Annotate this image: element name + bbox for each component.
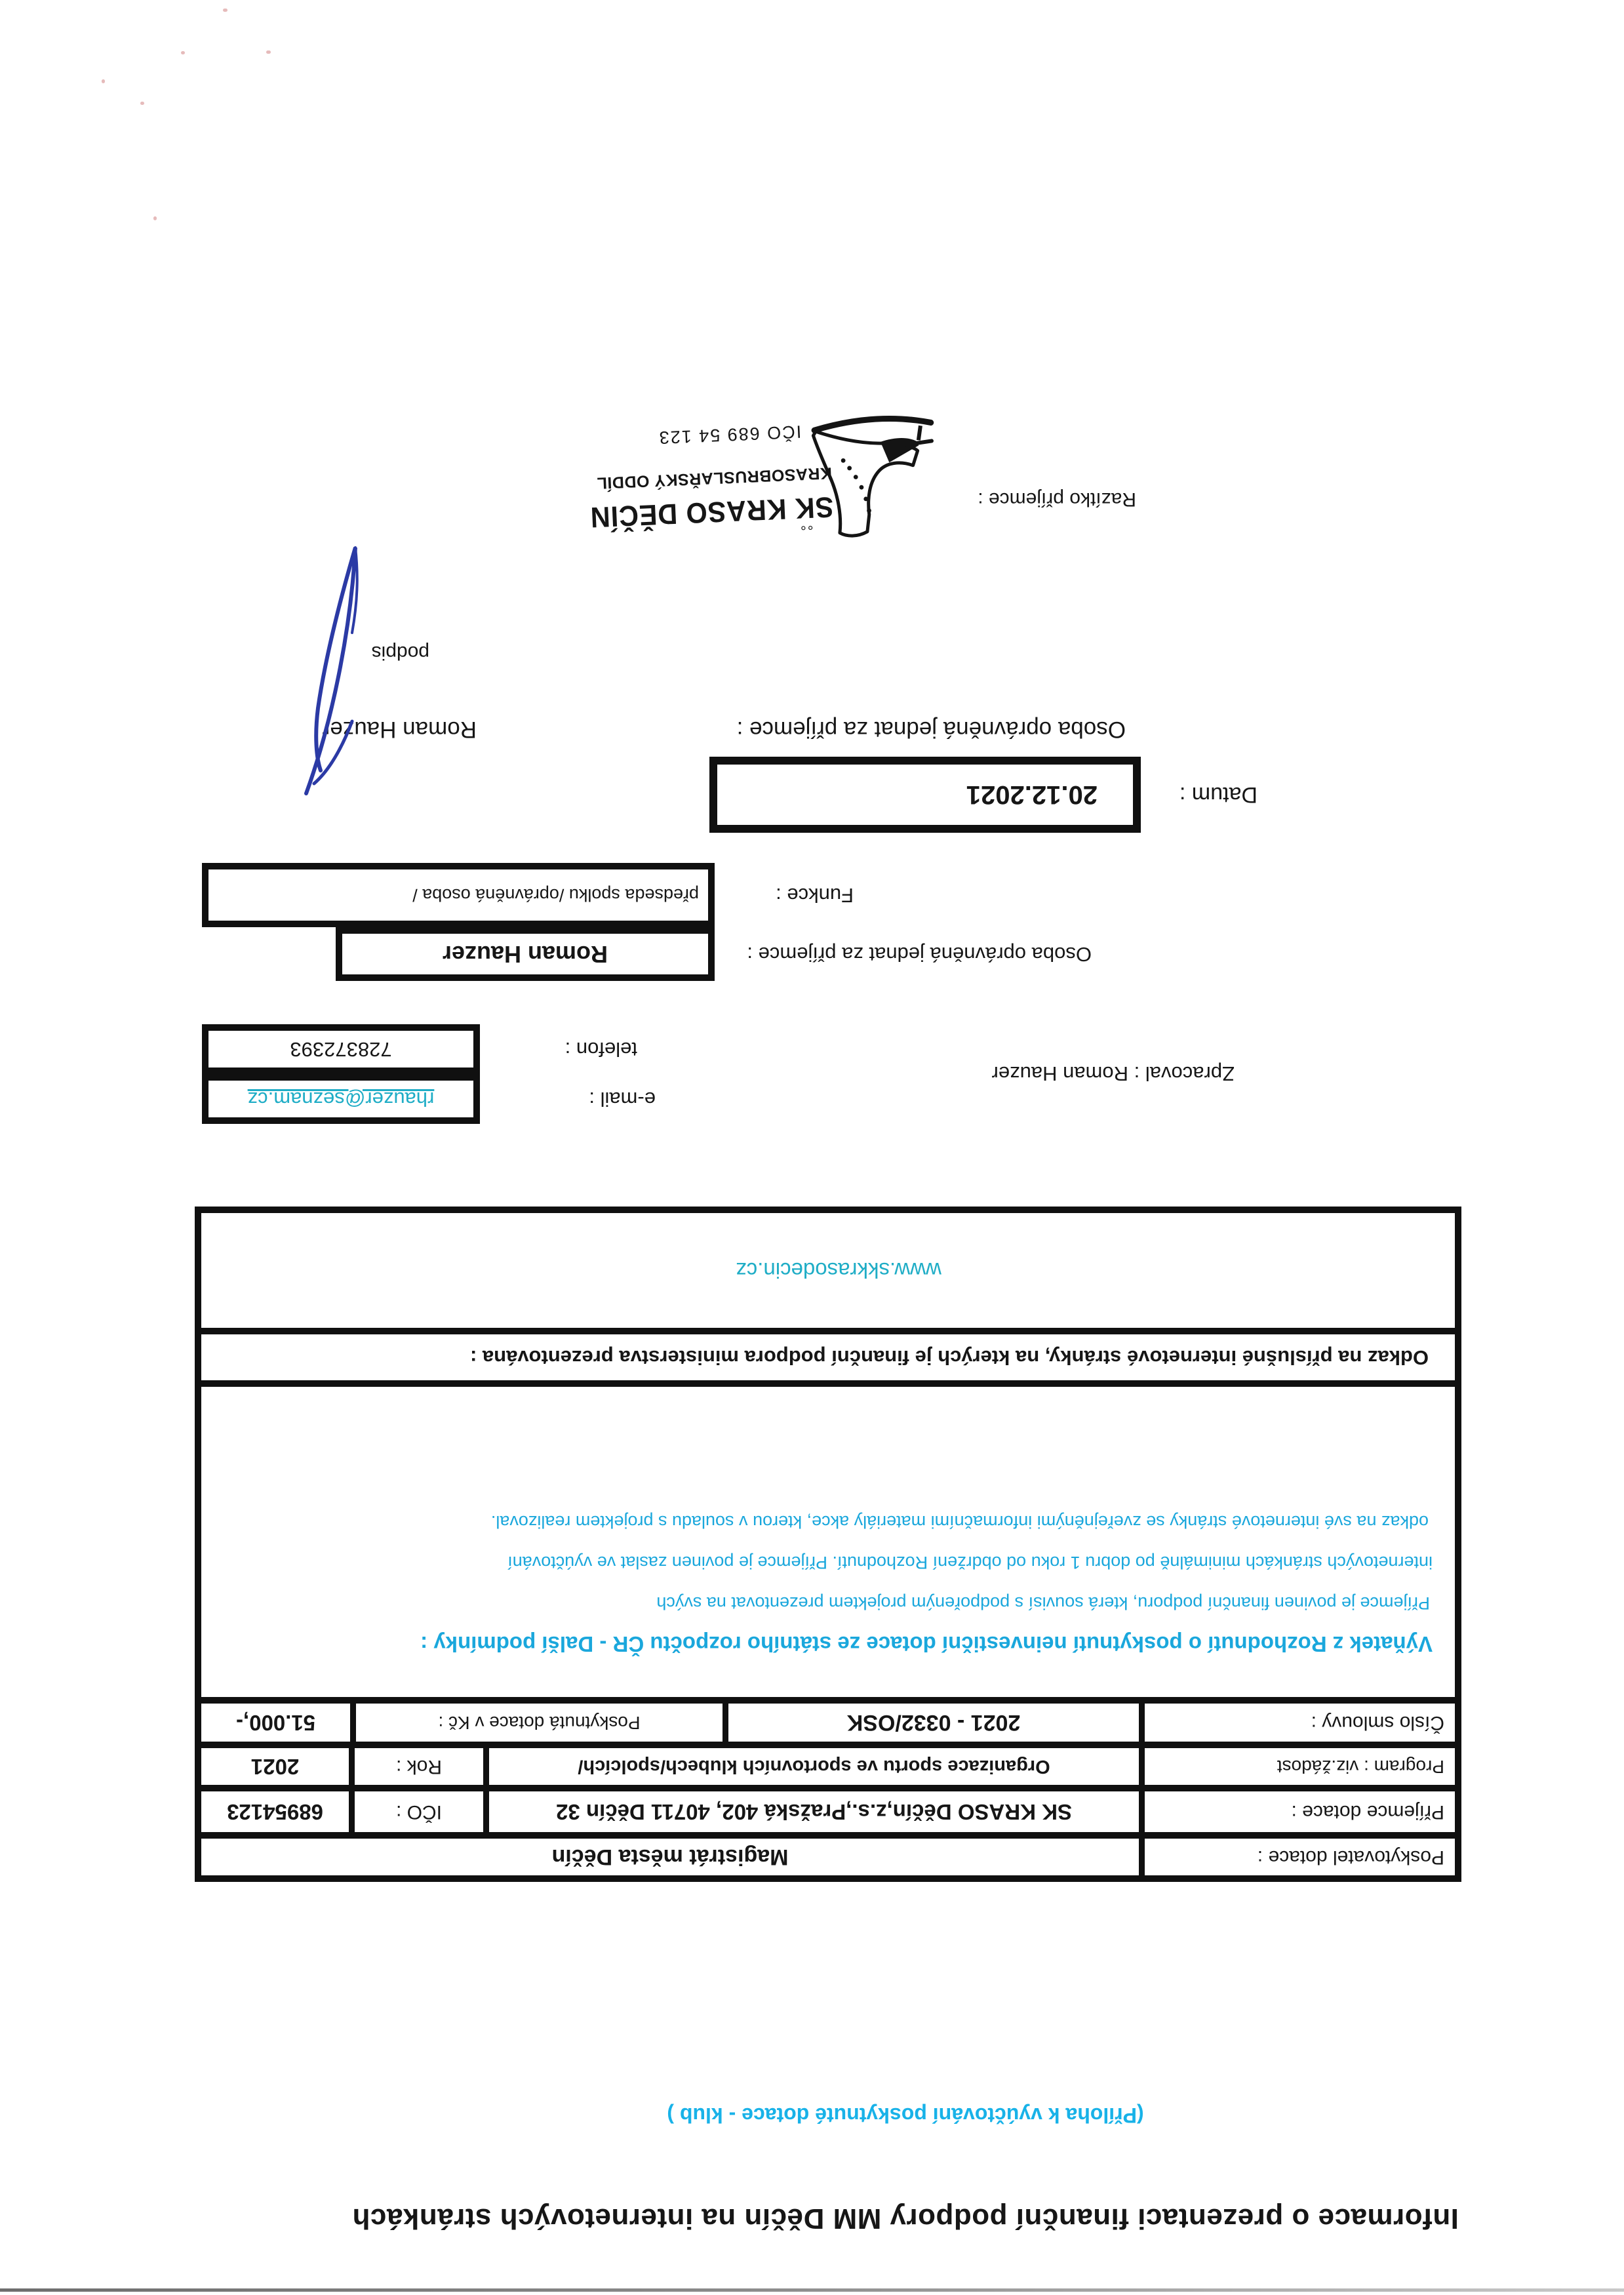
cell-value2: 68954123 — [201, 1791, 349, 1832]
conditions-heading: Výňatek z Rozhodnutí o poskytnutí neinve… — [226, 1631, 1433, 1656]
scan-speck — [223, 9, 228, 12]
funkce-label: Funkce : — [776, 863, 854, 927]
website-url: www.skkrasodecin.cz — [321, 1213, 1357, 1328]
table-row-cislo-smlouvy: Číslo smlouvy : 2021 - 0332/OSK Poskytnu… — [195, 1697, 1461, 1748]
phone-value: 728372393 — [290, 1037, 391, 1061]
signature-line-label: Osoba oprávněná jednat za příjemce : — [737, 716, 1126, 742]
scan-speck — [140, 102, 144, 105]
phone-box: 728372393 — [202, 1024, 480, 1074]
datum-box: 20.12.2021 — [709, 757, 1141, 833]
cell-label: Příjemce dotace : — [1139, 1791, 1455, 1832]
zpracoval-line: Zpracoval : Roman Hauzer — [992, 1062, 1235, 1085]
funkce-box: předseda spolku /oprávněná osoba / — [202, 863, 715, 927]
stamp-ico-number: IČO 689 54 123 — [658, 421, 802, 448]
handwritten-signature — [280, 538, 391, 800]
scan-speck — [153, 216, 157, 220]
stamp-division: KRASOBRUSLAŘSKÝ ODDÍL — [596, 463, 832, 492]
scanned-page: Informace o prezentaci finanční podpory … — [0, 0, 1624, 2295]
cell-value2: 51.000,- — [201, 1704, 350, 1742]
datum-value: 20.12.2021 — [966, 780, 1098, 810]
cell-label2: Poskytnutá dotace v Kč : — [350, 1704, 723, 1742]
email-label: e-mail : — [589, 1074, 656, 1124]
cell-value: Magistrát města Děčín — [201, 1839, 1139, 1875]
upside-down-document: Informace o prezentaci finanční podpory … — [0, 0, 1624, 2295]
funkce-value: předseda spolku /oprávněná osoba / — [412, 885, 699, 906]
phone-label: telefon : — [565, 1024, 637, 1074]
scan-speck — [102, 79, 105, 83]
website-link-box: www.skkrasodecin.cz — [195, 1207, 1461, 1328]
conditions-line: Příjemce je povinen finanční podporu, kt… — [210, 1593, 1430, 1613]
page-title: Informace o prezentaci finanční podpory … — [351, 2202, 1460, 2235]
conditions-box: Výňatek z Rozhodnutí o poskytnutí neinve… — [195, 1380, 1461, 1697]
cell-value2: 2021 — [201, 1748, 349, 1785]
scan-speck — [181, 51, 185, 54]
conditions-line: odkaz na své internetové stránky se zveř… — [196, 1511, 1429, 1532]
table-row-program: Program : viz.žádost Organizace sportu v… — [195, 1748, 1461, 1791]
authorized-person-label: Osoba oprávněná jednat za příjemce : — [747, 927, 1092, 981]
main-frame: Poskytovatel dotace : Magistrát města Dě… — [195, 1207, 1461, 1882]
stamp-club-name: SK KRASO DĚČÍN — [589, 490, 834, 533]
website-reference-row: Odkaz na příslušné internetové stránky, … — [195, 1328, 1461, 1380]
cell-label2: IČO : — [349, 1791, 483, 1832]
cell-value: SK KRASO Děčín,z.s.,Pražská 402, 40711 D… — [483, 1791, 1139, 1832]
cell-value: 2021 - 0332/OSK — [723, 1704, 1139, 1742]
club-stamp: °° SK KRASO DĚČÍN KRASOBRUSLAŘSKÝ ODDÍL … — [572, 392, 945, 559]
email-value: rhauzer@seznam.cz — [248, 1087, 435, 1111]
scan-speck — [266, 50, 271, 54]
cell-label2: Rok : — [349, 1748, 483, 1785]
table-row-prijemce: Příjemce dotace : SK KRASO Děčín,z.s.,Pr… — [195, 1791, 1461, 1839]
email-box: rhauzer@seznam.cz — [202, 1074, 480, 1124]
page-subtitle: (Příloha k vyúčtování poskytnuté dotace … — [351, 2103, 1460, 2127]
authorized-person-name: Roman Hauzer — [443, 940, 608, 968]
datum-label: Datum : — [1179, 757, 1258, 833]
table-row-poskytovatel: Poskytovatel dotace : Magistrát města Dě… — [195, 1839, 1461, 1882]
conditions-line: internetových stránkách minimálně po dob… — [200, 1552, 1433, 1572]
scan-edge-artifact — [0, 2288, 1624, 2292]
cell-label: Program : viz.žádost — [1139, 1748, 1455, 1785]
authorized-person-box: Roman Hauzer — [336, 927, 715, 981]
cell-label: Číslo smlouvy : — [1139, 1704, 1455, 1742]
cell-label: Poskytovatel dotace : — [1139, 1839, 1455, 1875]
cell-value: Organizace sportu ve sportovních klubech… — [483, 1748, 1139, 1785]
stamp-label: Razítko příjemce : — [978, 488, 1136, 510]
